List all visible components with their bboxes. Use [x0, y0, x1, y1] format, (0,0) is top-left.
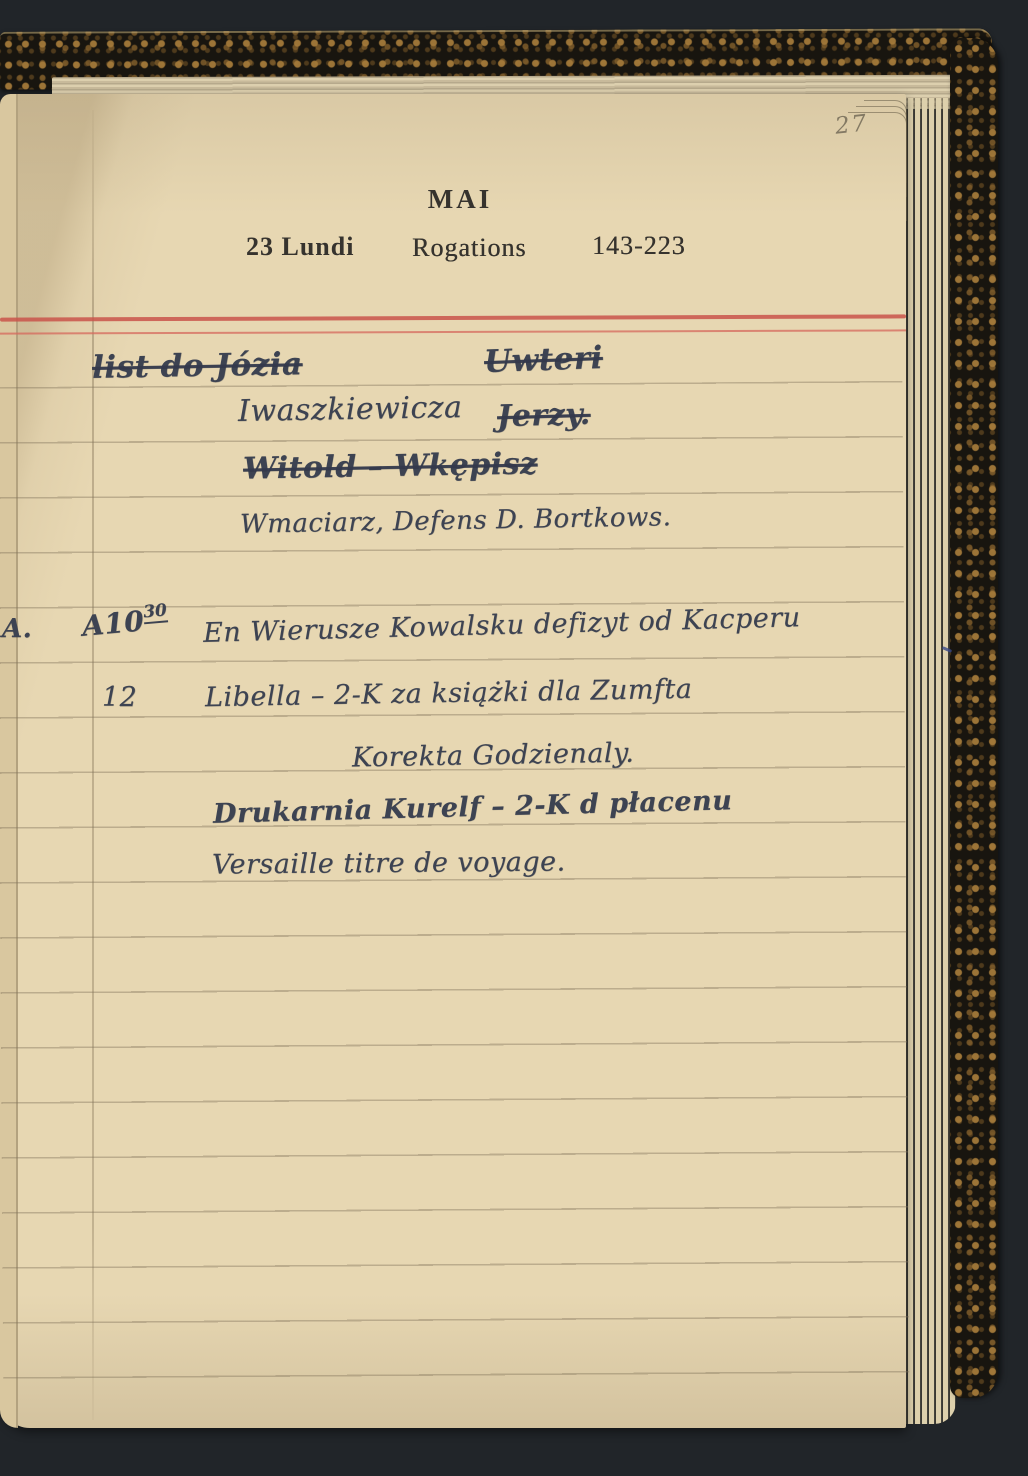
- margin-letter: A.: [2, 614, 32, 644]
- month-title: MAI: [398, 184, 522, 215]
- handwritten-entry-crossed: list do Józia: [92, 346, 303, 386]
- page-numbers-label: 143-223: [592, 231, 686, 261]
- book-cover-right-edge: [950, 38, 998, 1398]
- margin-time-hour: A10: [81, 604, 146, 642]
- observance-label: Rogations: [412, 233, 526, 263]
- margin-time: 12: [102, 682, 137, 713]
- handwritten-entry-crossed: Jerzy.: [497, 397, 591, 434]
- diary-scan: MAI 23 Lundi Rogations 143-223 27 list d…: [0, 0, 1028, 1476]
- handwritten-entry: Iwaszkiewicza: [238, 390, 463, 429]
- ruled-lines: [0, 381, 910, 1425]
- handwritten-entry-crossed: Witold – Wkępisz: [243, 446, 538, 486]
- margin-time-minutes: 30: [142, 600, 167, 625]
- handwritten-entry: Versaille titre de voyage.: [212, 846, 566, 880]
- folio-number-pencil: 27: [834, 110, 870, 139]
- handwritten-entry: Korekta Godzienaly.: [352, 738, 635, 774]
- day-label: 23 Lundi: [246, 232, 354, 262]
- handwritten-entry-crossed: Uwteri: [483, 340, 603, 380]
- page-stack-right-edge: [900, 98, 956, 1424]
